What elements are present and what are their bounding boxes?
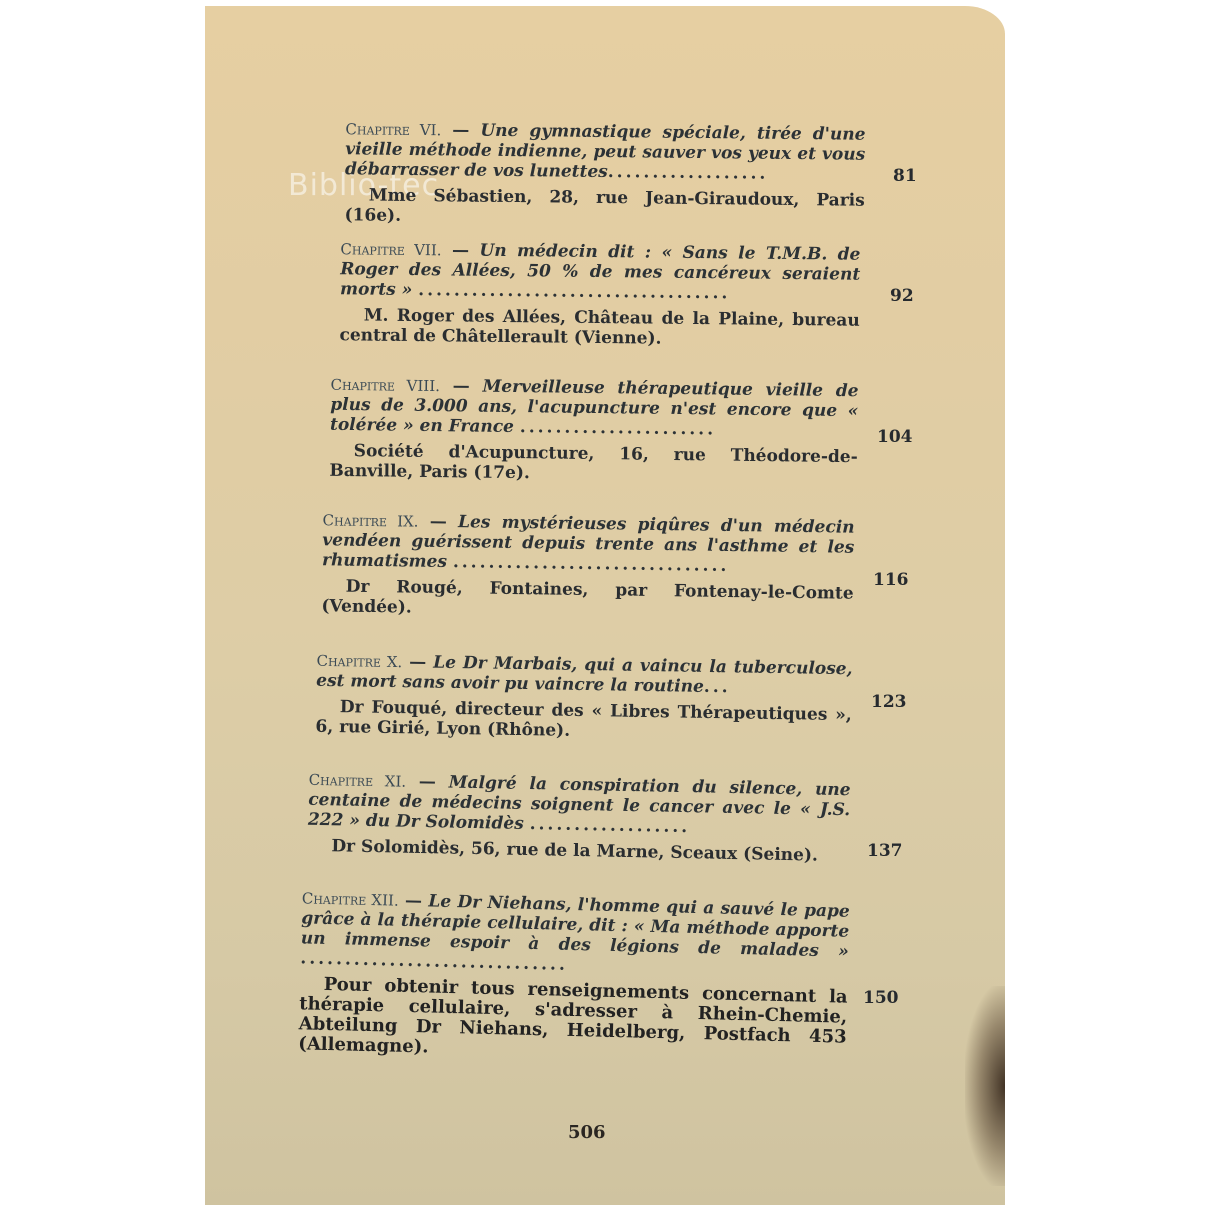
entry-title: Chapitre VI. — Une gymnastique spéciale,… xyxy=(345,119,866,184)
dot-leader: ...................... xyxy=(520,417,716,439)
dot-leader: ................................... xyxy=(418,280,730,303)
dot-leader: .................. xyxy=(608,162,769,184)
chapter-label: Chapitre VI. xyxy=(345,120,441,139)
toc-entry: Chapitre IX. — Les mystérieuses piqûres … xyxy=(321,510,854,623)
chapter-label: Chapitre XII. xyxy=(302,889,399,909)
page-number: 116 xyxy=(873,570,909,590)
entry-title: Chapitre VIII. — Merveilleuse thérapeuti… xyxy=(330,375,859,441)
folio-page-number: 506 xyxy=(568,1122,606,1143)
entry-title: Chapitre VII. — Un médecin dit : « Sans … xyxy=(340,239,861,304)
entry-title: Chapitre IX. — Les mystérieuses piqûres … xyxy=(322,510,855,577)
entry-address: Pour obtenir tous renseignements concern… xyxy=(298,974,848,1067)
toc-entry: Chapitre X. — Le Dr Marbais, qui a vainc… xyxy=(315,651,852,745)
entry-address: Dr Rougé, Fontaines, par Fontenay-le-Com… xyxy=(321,576,854,623)
toc-entry: Chapitre XI. — Malgré la conspiration du… xyxy=(307,770,851,866)
entry-title: Chapitre XI. — Malgré la conspiration du… xyxy=(308,770,851,840)
chapter-label: Chapitre IX. xyxy=(323,511,419,530)
entry-address: M. Roger des Allées, Château de la Plain… xyxy=(339,305,859,350)
page-number: 123 xyxy=(871,692,907,712)
chapter-label: Chapitre VII. xyxy=(340,240,441,259)
chapter-label: Chapitre XI. xyxy=(309,771,407,791)
chapter-label: Chapitre VIII. xyxy=(330,376,440,395)
toc-entry: Chapitre VIII. — Merveilleuse thérapeuti… xyxy=(329,375,858,487)
entry-title: Chapitre XII. — Le Dr Niehans, l'homme q… xyxy=(300,888,850,981)
page-number: 137 xyxy=(867,841,903,861)
page-number: 81 xyxy=(893,166,917,186)
toc-entry: Chapitre XII. — Le Dr Niehans, l'homme q… xyxy=(298,888,850,1067)
toc-entry: Chapitre VII. — Un médecin dit : « Sans … xyxy=(339,239,860,350)
page-number: 150 xyxy=(863,988,899,1008)
dot-leader: .................. xyxy=(529,814,690,837)
page-number: 104 xyxy=(877,427,913,447)
chapter-label: Chapitre X. xyxy=(316,652,402,671)
dot-leader: ... xyxy=(704,677,731,697)
entry-address: Mme Sébastien, 28, rue Jean-Giraudoux, P… xyxy=(344,185,864,230)
entry-address: Société d'Acupuncture, 16, rue Théodore-… xyxy=(329,441,857,487)
dot-leader: ............................... xyxy=(453,552,730,576)
page-number: 92 xyxy=(890,286,914,306)
entry-title: Chapitre X. — Le Dr Marbais, qui a vainc… xyxy=(316,651,853,699)
entry-address: Dr Fouqué, directeur des « Libres Thérap… xyxy=(315,697,852,745)
toc-entry: Chapitre VI. — Une gymnastique spéciale,… xyxy=(344,119,865,230)
